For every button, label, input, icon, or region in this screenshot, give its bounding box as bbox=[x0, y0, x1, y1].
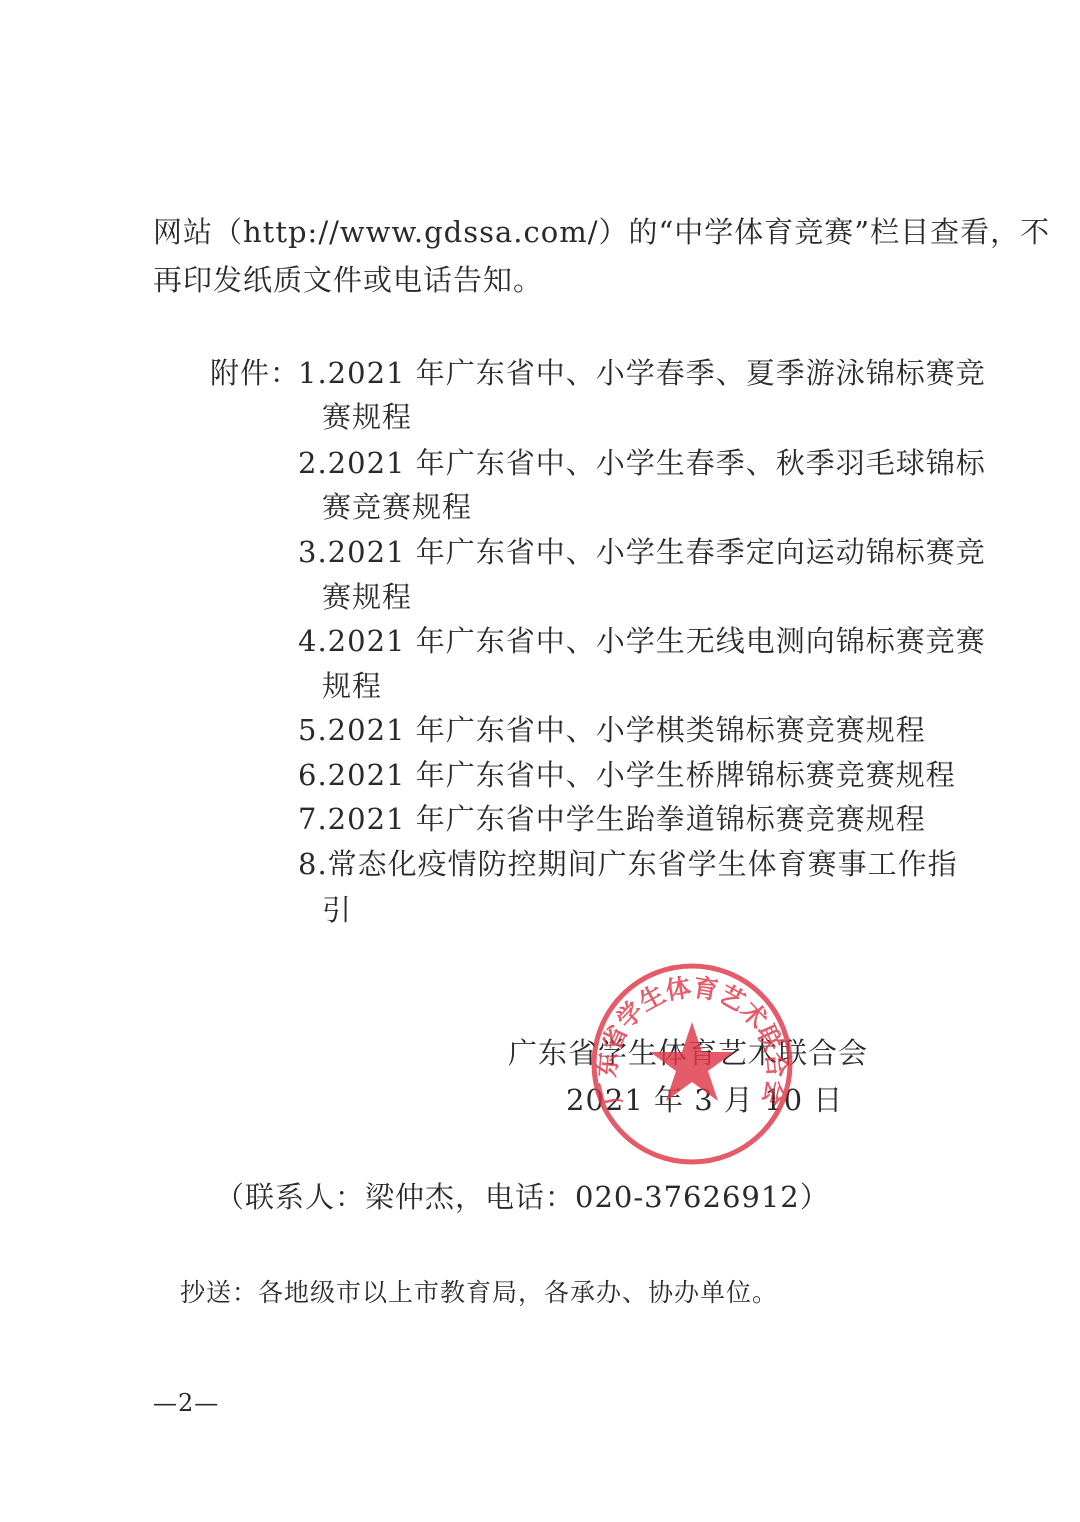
attachment-number: 8. bbox=[298, 847, 328, 881]
attachment-title-cont: 赛规程 bbox=[322, 577, 412, 617]
signature-date: 2021 年 3 月 10 日 bbox=[566, 1080, 843, 1120]
cc-recipients: 抄送：各地级市以上市教育局，各承办、协办单位。 bbox=[180, 1273, 778, 1313]
attachment-title: 2021 年广东省中学生跆拳道锦标赛竞赛规程 bbox=[328, 802, 926, 836]
attachment-title-cont: 引 bbox=[322, 890, 352, 930]
attachment-number: 5. bbox=[298, 713, 328, 747]
attachment-title: 2021 年广东省中、小学生春季、秋季羽毛球锦标 bbox=[328, 446, 986, 480]
attachments-label: 附件： bbox=[210, 353, 300, 393]
attachment-title-cont: 赛竞赛规程 bbox=[322, 487, 472, 527]
attachment-title-cont: 规程 bbox=[322, 666, 382, 706]
body-text-line-1: 网站（http://www.gdssa.com/）的“中学体育竞赛”栏目查看，不 bbox=[153, 212, 1050, 252]
attachment-title: 2021 年广东省中、小学棋类锦标赛竞赛规程 bbox=[328, 713, 926, 747]
attachment-number: 3. bbox=[298, 535, 328, 569]
attachment-title: 2021 年广东省中、小学生桥牌锦标赛竞赛规程 bbox=[328, 758, 956, 792]
attachment-number: 7. bbox=[298, 802, 328, 836]
page-number: —2— bbox=[153, 1383, 219, 1423]
attachment-title: 2021 年广东省中、小学生春季定向运动锦标赛竞 bbox=[328, 535, 986, 569]
attachment-title: 常态化疫情防控期间广东省学生体育赛事工作指 bbox=[328, 847, 958, 881]
contact-info: （联系人：梁仲杰，电话：020-37626912） bbox=[215, 1177, 830, 1217]
signature-org: 广东省学生体育艺术联合会 bbox=[508, 1033, 868, 1073]
attachment-number: 4. bbox=[298, 624, 328, 658]
body-text-line-2: 再印发纸质文件或电话告知。 bbox=[153, 260, 543, 300]
attachment-title: 2021 年广东省中、小学生无线电测向锦标赛竞赛 bbox=[328, 624, 986, 658]
attachment-title-cont: 赛规程 bbox=[322, 397, 412, 437]
attachment-title: 2021 年广东省中、小学春季、夏季游泳锦标赛竞 bbox=[328, 356, 986, 390]
attachment-number: 2. bbox=[298, 446, 328, 480]
attachment-number: 1. bbox=[298, 356, 328, 390]
attachment-number: 6. bbox=[298, 758, 328, 792]
